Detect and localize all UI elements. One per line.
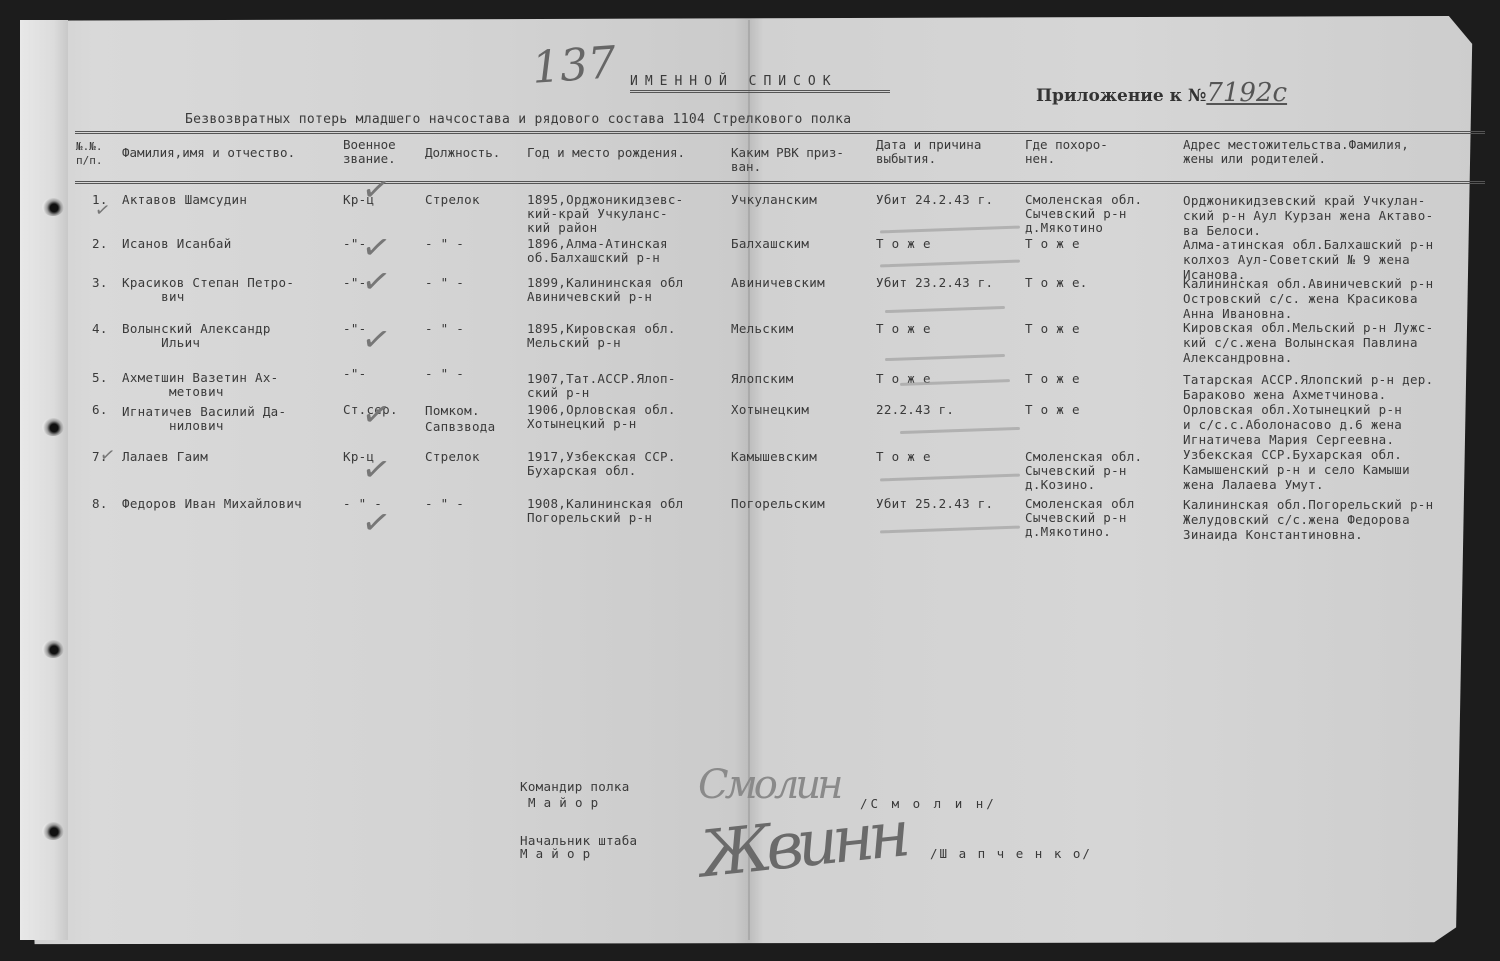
header-rule-top [75,131,1485,134]
row-name: Исанов Исанбай [122,237,232,251]
header-burial: Где похоро- нен. [1025,138,1108,166]
row-burial: Смоленская обл. Сычевский р-н д.Мякотино [1025,193,1142,235]
row-address: Орджоникидзевский край Учкулан- ский р-н… [1183,193,1433,238]
row-burial: Т о ж е [1025,237,1080,251]
row-death: Убит 23.2.43 г. [876,276,993,290]
row-rvk: Мельским [731,322,794,336]
row-burial: Смоленская обл Сычевский р-н д.Мякотино. [1025,497,1135,539]
row-burial: Смоленская обл. Сычевский р-н д.Козино. [1025,450,1142,492]
row-num: 6. [92,403,108,417]
row-death: Т о ж е [876,450,931,464]
handwritten-archive-number: 137 [530,37,617,94]
row-address: Калининская обл.Авиничевский р-н Островс… [1183,276,1433,321]
row-burial: Т о ж е [1025,372,1080,386]
row-death: Т о ж е [876,237,931,251]
punch-hole [42,418,64,436]
row-rvk: Ялопским [731,372,794,386]
title-underline [630,90,890,93]
row-position: Стрелок [425,193,480,207]
header-num: №.№. п/п. [76,140,103,168]
header-birth: Год и место рождения. [527,146,685,160]
appendix-label: Приложение к № [1036,86,1206,106]
row-name: Игнатичев Василий Да- нилович [122,405,286,433]
punch-hole [42,198,64,216]
row-num: 3. [92,276,108,290]
row-address: Татарская АССР.Ялопский р-н дер. Бараков… [1183,372,1433,402]
row-rvk: Учкуланским [731,193,817,207]
row-death: 22.2.43 г. [876,403,954,417]
row-birth: 1895,Кировская обл. Мельский р-н [527,322,676,350]
row-position: Стрелок [425,450,480,464]
row-position: - " - [425,367,464,381]
chief-rank: М а й о р [520,847,590,861]
header-position: Должность. [425,146,500,160]
header-address: Адрес местожительства.Фамилия, жены или … [1183,138,1409,166]
row-rvk: Авиничевским [731,276,825,290]
binding-strip [20,20,68,940]
row-death: Т о ж е [876,322,931,336]
row-name: Ахметшин Вазетин Ах- метович [122,371,279,399]
row-position: - " - [425,237,464,251]
row-name: Волынский Александр Ильич [122,322,271,350]
punch-hole [42,640,64,658]
row-position: - " - [425,497,464,511]
row-address: Узбекская ССР.Бухарская обл. Камышенский… [1183,447,1410,492]
header-death: Дата и причина выбытия. [876,138,981,166]
header-name: Фамилия,имя и отчество. [122,146,295,160]
row-birth: 1908,Калининская обл Погорельский р-н [527,497,684,525]
row-position: Помком. Сапвзвода [425,403,495,435]
row-death: Убит 25.2.43 г. [876,497,993,511]
row-name: Актавов Шамсудин [122,193,247,207]
row-address: Калининская обл.Погорельский р-н Желудов… [1183,497,1433,542]
commander-signature: Смолин [698,762,839,808]
commander-title: Командир полка [520,780,630,794]
row-name: Федоров Иван Михайлович [122,497,302,511]
appendix-number: 7192с [1206,78,1287,108]
document-title: ИМЕННОЙ СПИСОК [630,74,838,89]
appendix-reference: Приложение к №7192с [1036,78,1287,108]
row-address: Кировская обл.Мельский р-н Лужс- кий с/с… [1183,320,1433,365]
punch-hole [42,822,64,840]
row-birth: 1907,Тат.АССР.Ялоп- ский р-н [527,372,676,400]
row-name: Красиков Степан Петро- вич [122,276,294,304]
row-name: Лалаев Гаим [122,450,208,464]
header-rvk: Каким РВК приз- ван. [731,146,844,174]
document-subtitle: Безвозвратных потерь младшего начсостава… [185,113,851,127]
row-rvk: Балхашским [731,237,809,251]
row-birth: 1896,Алма-Атинская об.Балхашский р-н [527,237,668,265]
row-rvk: Хотынецким [731,403,809,417]
row-rank: -"- [343,367,366,381]
row-birth: 1917,Узбекская ССР. Бухарская обл. [527,450,676,478]
row-num: 4. [92,322,108,336]
row-rvk: Погорельским [731,497,825,511]
row-birth: 1906,Орловская обл. Хотынецкий р-н [527,403,676,431]
row-birth: 1899,Калининская обл Авиничевский р-н [527,276,684,304]
header-rank: Военное звание. [343,138,396,166]
row-position: - " - [425,276,464,290]
row-burial: Т о ж е. [1025,276,1088,290]
row-num: 2. [92,237,108,251]
row-position: - " - [425,322,464,336]
commander-rank: М а й о р [528,796,598,810]
row-death: Убит 24.2.43 г. [876,193,993,207]
chief-name: /Ш а п ч е н к о/ [930,847,1092,861]
row-num: 5. [92,371,108,385]
row-rvk: Камышевским [731,450,817,464]
header-rule-bottom [75,181,1485,184]
row-address: Орловская обл.Хотынецкий р-н и с/с.с.Або… [1183,402,1402,447]
row-birth: 1895,Орджоникидзевс- кий-край Учкуланс- … [527,193,684,235]
row-burial: Т о ж е [1025,322,1080,336]
row-burial: Т о ж е [1025,403,1080,417]
row-num: 8. [92,497,108,511]
